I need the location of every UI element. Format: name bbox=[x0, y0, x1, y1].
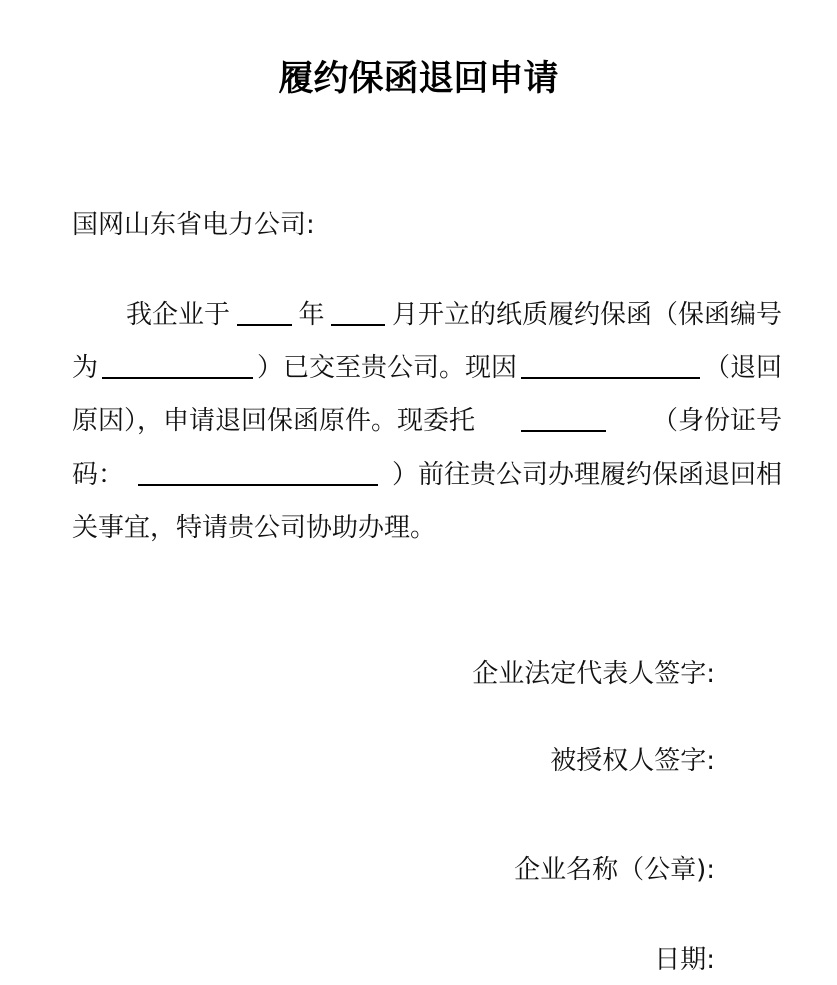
paragraph-text: 码： bbox=[72, 455, 124, 495]
paragraph-line: 关事宜，特请贵公司协助办理。 bbox=[72, 508, 782, 548]
paragraph-text: 年 bbox=[298, 295, 324, 335]
blank-field-id-number[interactable] bbox=[138, 458, 378, 486]
paragraph-text: （退回 bbox=[704, 348, 782, 388]
date-label: 日期: bbox=[654, 940, 715, 980]
paragraph-text: 原因），申请退回保函原件。现委托 bbox=[72, 401, 475, 441]
blank-field-return-reason[interactable] bbox=[521, 351, 700, 379]
company-seal-label: 企业名称（公章): bbox=[514, 850, 715, 890]
paragraph-line: 原因），申请退回保函原件。现委托（身份证号 bbox=[72, 401, 782, 441]
paragraph-text: ）已交至贵公司。现因 bbox=[257, 348, 517, 388]
paragraph-line: 码：）前往贵公司办理履约保函退回相 bbox=[72, 455, 782, 495]
legal-representative-signature-label: 企业法定代表人签字: bbox=[472, 654, 715, 694]
blank-field-delegate-name[interactable] bbox=[521, 404, 606, 432]
paragraph-text: 月开立的纸质履约保函（保函编号 bbox=[392, 295, 782, 335]
blank-field-guarantee-number[interactable] bbox=[102, 351, 253, 379]
paragraph-text: （身份证号 bbox=[652, 401, 782, 441]
document-title: 履约保函退回申请 bbox=[0, 55, 837, 103]
paragraph-text: 关事宜，特请贵公司协助办理。 bbox=[72, 508, 436, 548]
authorized-person-signature-label: 被授权人签字: bbox=[550, 741, 715, 781]
blank-field-year[interactable] bbox=[237, 298, 292, 326]
paragraph-text: ）前往贵公司办理履约保函退回相 bbox=[392, 455, 782, 495]
blank-field-month[interactable] bbox=[331, 298, 385, 326]
paragraph-text: 我企业于 bbox=[126, 295, 230, 335]
paragraph-line: 我企业于年月开立的纸质履约保函（保函编号 bbox=[126, 295, 782, 335]
paragraph-text: 为 bbox=[72, 348, 98, 388]
paragraph-line: 为）已交至贵公司。现因（退回 bbox=[72, 348, 782, 388]
addressee: 国网山东省电力公司: bbox=[72, 205, 315, 245]
